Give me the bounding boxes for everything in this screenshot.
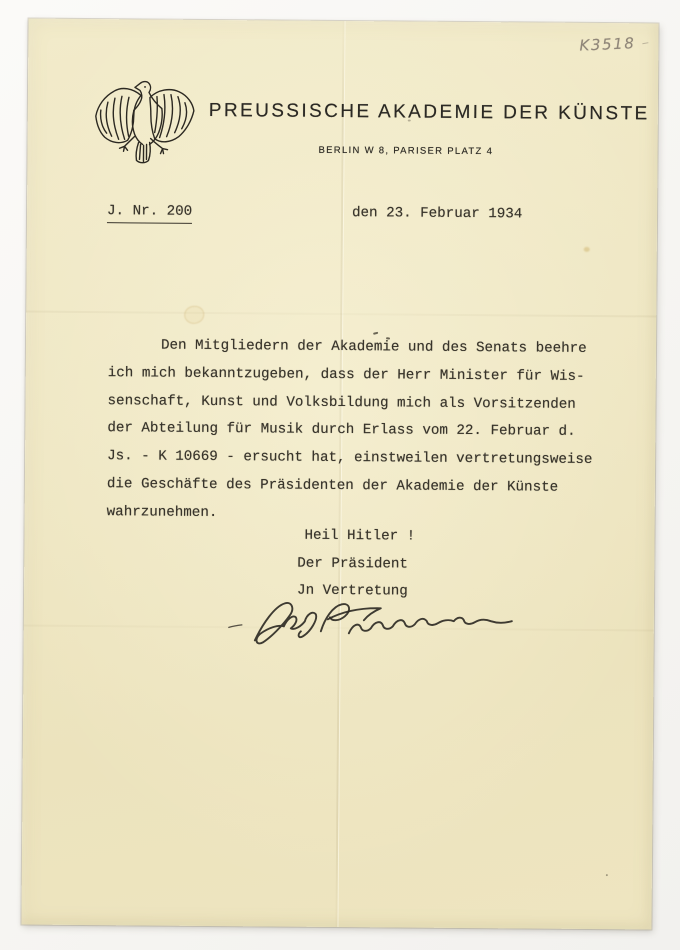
letterhead-organization: PREUSSISCHE AKADEMIE DER KÜNSTE	[209, 100, 650, 125]
journal-number: J. Nr. 200	[107, 203, 192, 224]
closing-title: Der Präsident	[297, 556, 408, 573]
body-line: der Abteilung für Musik durch Erlass vom…	[107, 416, 627, 448]
letter-body: Den Mitgliedern der Akademie und des Sen…	[107, 332, 629, 531]
body-line: Js. - K 10669 - ersucht hat, einstweilen…	[107, 443, 627, 475]
closing-salute: Heil Hitler !	[304, 528, 415, 545]
journal-number-text: J. Nr. 200	[107, 203, 192, 224]
body-line: senschaft, Kunst und Volksbildung mich a…	[107, 388, 627, 420]
scanned-letter-scene: K3518	[0, 0, 680, 950]
archive-code-annotation: K3518	[579, 34, 649, 55]
letter-paper: K3518	[21, 19, 658, 930]
body-line: Den Mitgliedern der Akademie und des Sen…	[108, 332, 628, 364]
paper-stain	[184, 306, 204, 324]
body-line: ich mich bekanntzugeben, dass der Herr M…	[108, 360, 628, 392]
signature-handwriting	[221, 593, 531, 651]
ink-speck	[606, 874, 608, 876]
prussian-eagle-icon	[87, 74, 200, 177]
letterhead-address: BERLIN W 8, PARISER PLATZ 4	[318, 145, 493, 157]
body-line: wahrzunehmen.	[107, 499, 627, 531]
paper-stain	[584, 247, 590, 252]
body-line: die Geschäfte des Präsidenten der Akadem…	[107, 471, 627, 503]
date-line: den 23. Februar 1934	[352, 205, 522, 222]
